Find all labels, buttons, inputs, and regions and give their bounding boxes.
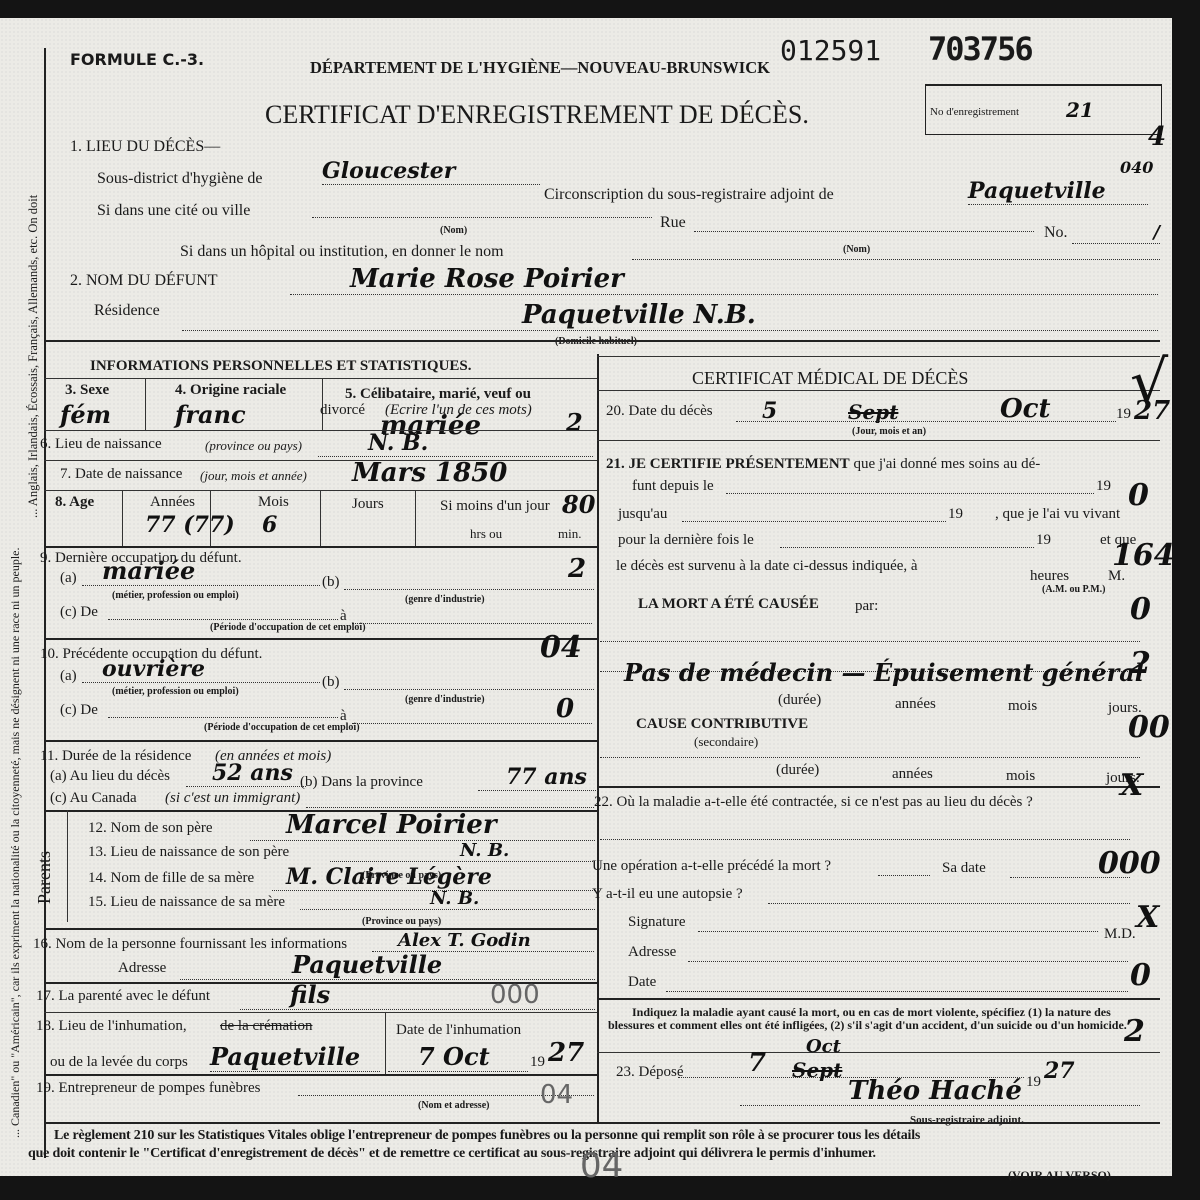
department-title: DÉPARTEMENT DE L'HYGIÈNE—NOUVEAU-BRUNSWI… <box>310 58 770 78</box>
residence-province-label: (b) Dans la province <box>300 774 423 791</box>
divider <box>44 1074 597 1076</box>
footer-pencil-code: 04 <box>580 1146 623 1186</box>
certify-until-year: 19 <box>948 506 963 523</box>
occupation-10-a-caption: (métier, profession ou emploi) <box>112 686 239 697</box>
cause-heading: LA MORT A ÉTÉ CAUSÉE <box>638 596 819 613</box>
residence-duration-label: 11. Durée de la résidence <box>40 748 191 765</box>
undertaker-label: 19. Entrepreneur de pompes funèbres <box>36 1080 261 1097</box>
medical-code-4: 2 <box>1130 646 1151 681</box>
side-note-line-2: ... Canadien" ou "Américain", car ils ex… <box>8 547 23 1138</box>
medical-code-1: 0 <box>1128 478 1149 513</box>
medical-heading: CERTIFICAT MÉDICAL DE DÉCÈS <box>692 368 968 389</box>
serial-printed: 012591 <box>780 34 881 67</box>
marital-label-2: divorcé <box>320 402 365 419</box>
deposit-struck: Sept <box>792 1058 842 1082</box>
certify-time-label: le décès est survenu à la date ci-dessus… <box>616 558 918 575</box>
physician-date-field[interactable] <box>666 990 1128 992</box>
occupation-9-b-field[interactable] <box>344 588 594 590</box>
occupation-9-code: 2 <box>568 554 586 584</box>
certify-text: que j'ai donné mes soins au dé- <box>853 456 1040 472</box>
cause-field[interactable]: Pas de médecin — Épuisement général <box>624 658 1144 687</box>
circonscription-note: 040 <box>1120 158 1153 177</box>
city-field[interactable] <box>312 216 652 218</box>
cause-line-1[interactable] <box>600 640 1140 642</box>
years-field[interactable]: 77 (77) <box>145 512 235 538</box>
instructions-note: Indiquez la maladie ayant causé la mort,… <box>608 1006 1140 1032</box>
medical-code-5: 00 <box>1128 710 1170 745</box>
personal-heading: INFORMATIONS PERSONNELLES ET STATISTIQUE… <box>90 358 472 375</box>
contributive-years-label: années <box>892 766 933 783</box>
origin-field[interactable]: franc <box>175 400 246 429</box>
cause-months-label: mois <box>1008 698 1037 715</box>
mother-birthplace-caption: (Province ou pays) <box>362 916 441 927</box>
subdistrict-label: Sous-district d'hygiène de <box>97 170 263 188</box>
sex-label: 3. Sexe <box>65 382 109 399</box>
medical-code-7: 000 <box>1098 846 1161 881</box>
contributive-months-label: mois <box>1006 768 1035 785</box>
father-name-field[interactable]: Marcel Poirier <box>250 810 595 841</box>
months-label: Mois <box>258 494 289 511</box>
origin-label: 4. Origine raciale <box>175 382 286 399</box>
occupation-10-code: 04 <box>540 630 582 665</box>
city-label: Si dans une cité ou ville <box>97 202 250 220</box>
serial-stamped: 703756 <box>928 30 1032 68</box>
days-label: Jours <box>352 496 384 513</box>
operation-field[interactable] <box>878 874 930 876</box>
relation-code: 000 <box>490 980 540 1010</box>
cause-duration-label: (durée) <box>778 692 821 709</box>
column-divider <box>597 354 599 1124</box>
divider <box>597 356 1160 357</box>
medical-code-9: 0 <box>1130 958 1151 993</box>
divider <box>210 490 211 546</box>
footer-line-1: Le règlement 210 sur les Statistiques Vi… <box>54 1128 920 1144</box>
medical-code-2: 164 <box>1112 538 1175 573</box>
mother-birthplace-label: 15. Lieu de naissance de sa mère <box>88 894 285 911</box>
deceased-name-label: 2. NOM DU DÉFUNT <box>70 272 218 290</box>
deposit-day[interactable]: 7 <box>748 1048 766 1078</box>
q22-field[interactable] <box>600 838 1130 840</box>
deposit-year-prefix: 19 <box>1026 1074 1041 1091</box>
father-birthplace-field[interactable]: N. B. <box>330 840 595 862</box>
birthdate-label: 7. Date de naissance <box>60 466 182 483</box>
deposit-label: 23. Déposé <box>616 1064 684 1081</box>
see-verso-note: (VOIR AU VERSO) <box>1008 1168 1111 1183</box>
occupation-10-b-field[interactable] <box>344 688 594 690</box>
cause-par: par: <box>855 598 878 615</box>
contributive-heading: CAUSE CONTRIBUTIVE <box>636 716 808 733</box>
min-label: min. <box>558 526 581 542</box>
divider <box>597 440 1160 441</box>
residence-local-field[interactable]: 52 ans <box>186 760 306 787</box>
signature-label: Signature <box>628 914 686 931</box>
contributive-field[interactable] <box>600 756 1140 758</box>
divider <box>385 1012 386 1074</box>
occupation-9-b-label: (b) <box>322 574 340 591</box>
informant-field[interactable]: Alex T. Godin <box>372 930 594 952</box>
occupation-9-c-caption: (Période d'occupation de cet emploi) <box>210 622 366 633</box>
registration-box: No d'enregistrement 21 <box>925 84 1162 135</box>
hospital-field[interactable] <box>632 258 1160 260</box>
certify-last-seen-field[interactable] <box>780 546 1034 548</box>
physician-date-label: Date <box>628 974 656 991</box>
mother-name-label: 14. Nom de fille de sa mère <box>88 870 254 887</box>
undertaker-caption: (Nom et adresse) <box>418 1100 489 1111</box>
death-year-prefix: 19 <box>1116 406 1131 423</box>
residence-label: Résidence <box>94 302 160 320</box>
burial-date-label: Date de l'inhumation <box>396 1022 521 1039</box>
occupation-9-a-label: (a) <box>60 570 77 587</box>
residence-province-field[interactable]: 77 ans <box>478 764 598 791</box>
sub-registrar-caption: Sous-registraire adjoint. <box>910 1114 1024 1126</box>
birthplace-label: 6. Lieu de naissance <box>40 436 162 453</box>
margin-mark: 4 <box>1148 122 1166 152</box>
side-note-line-1: ... Anglais, Irlandais, Écossais, França… <box>26 195 41 518</box>
burial-place-label: 18. Lieu de l'inhumation, <box>36 1018 187 1035</box>
divider <box>44 1122 1160 1124</box>
undertaker-code: 04 <box>540 1080 573 1110</box>
residence-field[interactable]: Paquetville N.B. <box>182 300 1158 331</box>
death-date-label: 20. Date du décès <box>606 403 713 420</box>
birthplace-field[interactable]: N. B. <box>318 430 593 457</box>
certify-until-label: jusqu'au <box>618 506 667 523</box>
city-nom-caption: (Nom) <box>440 225 467 236</box>
contributive-caption: (secondaire) <box>694 734 758 750</box>
certify-since-year: 19 <box>1096 478 1111 495</box>
parents-label: Parents <box>34 851 55 904</box>
occupation-10-code-2: 0 <box>556 694 574 724</box>
burial-cremation-struck: de la crémation <box>220 1018 312 1035</box>
residence-canada-field[interactable] <box>306 806 594 808</box>
certify-until-end: , que je l'ai vu vivant <box>995 506 1120 523</box>
years-label: Années <box>150 494 195 511</box>
birthplace-hint: (province ou pays) <box>205 438 302 454</box>
certificate-page: ... Canadien" ou "Américain", car ils ex… <box>0 18 1172 1176</box>
divider <box>44 340 1160 342</box>
occupation-9-c-label: (c) De <box>60 604 98 621</box>
sex-field[interactable]: fém <box>60 400 111 429</box>
death-date-caption: (Jour, mois et an) <box>852 426 926 437</box>
age-code: 80 <box>562 490 595 519</box>
circonscription-field[interactable]: Paquetville <box>968 178 1148 205</box>
occupation-9-b-caption: (genre d'industrie) <box>405 594 485 605</box>
q22-label: 22. Où la maladie a-t-elle été contracté… <box>594 794 1033 811</box>
father-birthplace-label: 13. Lieu de naissance de son père <box>88 844 289 861</box>
circonscription-label: Circonscription du sous-registraire adjo… <box>544 186 834 204</box>
divider <box>597 390 1160 391</box>
divider <box>145 378 146 430</box>
registration-label: No d'enregistrement <box>930 106 1019 118</box>
signature-field[interactable] <box>698 930 1098 932</box>
birthdate-hint: (jour, mois et année) <box>200 468 307 484</box>
certificate-title: CERTIFICAT D'ENREGISTREMENT DE DÉCÈS. <box>265 100 809 130</box>
medical-code-3: 0 <box>1130 592 1151 627</box>
certify-hours-label: heures <box>1030 568 1069 585</box>
no-label: No. <box>1044 224 1068 242</box>
md-label: M.D. <box>1104 926 1136 943</box>
divider <box>44 638 597 640</box>
occupation-9-a-caption: (métier, profession ou emploi) <box>112 590 239 601</box>
section-1-heading: 1. LIEU DU DÉCÈS— <box>70 138 220 156</box>
burial-place-label-2: ou de la levée du corps <box>50 1054 188 1071</box>
months-field[interactable]: 6 <box>262 512 277 538</box>
relation-label: 17. La parenté avec le défunt <box>36 988 210 1005</box>
divider <box>597 786 1160 788</box>
medical-code-8: X <box>1136 900 1159 935</box>
form-code: FORMULE C.-3. <box>70 50 204 69</box>
deposit-year[interactable]: 27 <box>1044 1058 1075 1084</box>
divider <box>44 460 597 461</box>
divider <box>320 490 321 546</box>
no-field[interactable]: / <box>1072 222 1160 244</box>
residence-canada-hint: (si c'est un immigrant) <box>165 790 300 807</box>
informant-address-label: Adresse <box>118 960 166 977</box>
physician-address-field[interactable] <box>688 960 1128 962</box>
mother-name-field[interactable]: M. Claire Légère <box>272 864 595 891</box>
divider <box>67 810 68 922</box>
certify-since-label: funt depuis le <box>632 478 714 495</box>
rue-field[interactable] <box>694 230 1034 232</box>
burial-date-field[interactable]: 7 Oct <box>388 1042 528 1072</box>
burial-year-field[interactable]: 27 <box>548 1038 584 1068</box>
occupation-10-c-caption: (Période d'occupation de cet emploi) <box>204 722 360 733</box>
occupation-9-a-field[interactable]: mariée <box>82 556 320 586</box>
divider <box>44 1012 597 1013</box>
rue-label: Rue <box>660 214 686 232</box>
contributive-duration-label: (durée) <box>776 762 819 779</box>
autopsy-field[interactable] <box>768 902 1130 904</box>
registration-number[interactable]: 21 <box>1066 98 1094 122</box>
mother-birthplace-field[interactable]: N. B. <box>300 888 595 910</box>
sub-registrar-signature[interactable]: Théo Haché <box>848 1076 1022 1106</box>
certify-last-seen-label: pour la dernière fois le <box>618 532 754 549</box>
burial-year-prefix: 19 <box>530 1054 545 1071</box>
medical-code-6: X <box>1120 768 1143 803</box>
occupation-10-c-label: (c) De <box>60 702 98 719</box>
father-name-label: 12. Nom de son père <box>88 820 213 837</box>
residence-local-label: (a) Au lieu du décès <box>50 768 170 785</box>
ampm-caption: (A.M. ou P.M.) <box>1042 584 1106 595</box>
divider <box>415 490 416 546</box>
medical-code-10: 2 <box>1124 1014 1145 1049</box>
age-label: 8. Age <box>55 494 94 511</box>
divider <box>44 740 597 742</box>
operation-date-label: Sa date <box>942 860 986 877</box>
divider <box>44 546 597 548</box>
autopsy-label: Y a-t-il eu une autopsie ? <box>592 886 743 903</box>
occupation-10-b-label: (b) <box>322 674 340 691</box>
operation-label: Une opération a-t-elle précédé la mort ? <box>592 858 831 875</box>
occupation-10-a-label: (a) <box>60 668 77 685</box>
certify-heading: 21. JE CERTIFIE PRÉSENTEMENT <box>606 456 850 472</box>
hrs-label: hrs ou <box>470 526 502 542</box>
burial-place-field[interactable]: Paquetville <box>210 1042 380 1072</box>
divider <box>44 378 597 379</box>
cause-years-label: années <box>895 696 936 713</box>
deposit-month[interactable]: Oct <box>806 1036 841 1057</box>
birthdate-field[interactable]: Mars 1850 <box>352 458 507 488</box>
less-day-label: Si moins d'un jour <box>440 498 550 515</box>
check-mark: √ <box>1130 348 1168 418</box>
divider <box>597 998 1160 1000</box>
occupation-9-from-field[interactable] <box>108 618 338 620</box>
residence-canada-label: (c) Au Canada <box>50 790 137 807</box>
hospital-label: Si dans un hôpital ou institution, en do… <box>180 243 504 261</box>
certify-last-seen-year: 19 <box>1036 532 1051 549</box>
occupation-10-from-field[interactable] <box>108 716 338 718</box>
occupation-9-to-field[interactable] <box>352 622 592 624</box>
marital-label: 5. Célibataire, marié, veuf ou <box>345 386 531 403</box>
occupation-10-b-caption: (genre d'industrie) <box>405 694 485 705</box>
hospital-nom-caption: (Nom) <box>843 244 870 255</box>
death-date-field[interactable] <box>736 420 1116 422</box>
certify-since-field[interactable] <box>726 492 1094 494</box>
certify-until-field[interactable] <box>682 520 946 522</box>
relation-field[interactable]: fils <box>240 980 595 1010</box>
informant-address-field[interactable]: Paquetville <box>180 950 595 980</box>
footer-line-2: que doit contenir le "Certificat d'enreg… <box>28 1146 876 1162</box>
physician-address-label: Adresse <box>628 944 676 961</box>
divider <box>597 1052 1160 1053</box>
occupation-10-a-field[interactable]: ouvrière <box>82 656 320 683</box>
divider <box>122 490 123 546</box>
subdistrict-field[interactable]: Gloucester <box>322 158 540 185</box>
deceased-name-field[interactable]: Marie Rose Poirier <box>290 264 1158 295</box>
